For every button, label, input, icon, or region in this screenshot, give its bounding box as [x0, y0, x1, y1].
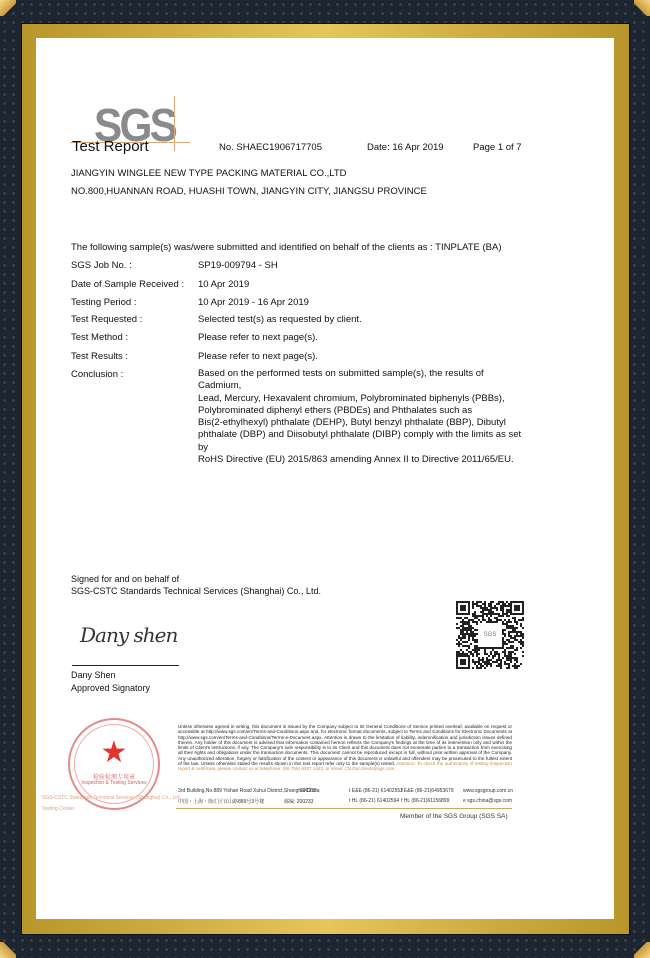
fax-ee: f E&E (86-21)64953679: [401, 788, 454, 794]
signatory-name: Dany Shen: [71, 670, 116, 680]
field-value: SP19-009794 - SH: [198, 260, 278, 271]
email: e sgs.china@sgs.com: [463, 798, 512, 804]
fax-hl: f HL (86-21)61156899: [401, 798, 449, 804]
field-label: Date of Sample Received :: [71, 279, 184, 290]
logo-rule: [174, 96, 175, 151]
field-value: Please refer to next page(s).: [198, 332, 318, 343]
report-title: Test Report: [72, 138, 149, 155]
conclusion-line: Bis(2-ethylhexyl) phthalate (DEHP), Buty…: [198, 417, 528, 429]
address-en: 3rd Building,No.889 Yishan Road Xuhui Di…: [178, 788, 319, 794]
website: www.sgsgroup.com.cn: [463, 788, 513, 794]
stamp-company-text: SGS-CSTC Standards Technical Services (S…: [42, 793, 181, 815]
conclusion-line: Polybrominated diphenyl ethers (PBDEs) a…: [198, 405, 528, 417]
signature: Dany shen: [80, 623, 177, 647]
client-address: NO.800,HUANNAN ROAD, HUASHI TOWN, JIANGY…: [71, 186, 427, 197]
field-label: SGS Job No. :: [71, 260, 132, 271]
qr-center-logo: SGS: [479, 624, 501, 646]
conclusion-line: Lead, Mercury, Hexavalent chromium, Poly…: [198, 393, 528, 405]
sample-intro: The following sample(s) was/were submitt…: [71, 242, 502, 253]
page-indicator: Page 1 of 7: [473, 142, 522, 153]
member-statement: Member of the SGS Group (SGS SA): [400, 813, 508, 820]
field-value: Please refer to next page(s).: [198, 351, 318, 362]
stamp-company-line: Testing Center: [42, 804, 181, 815]
frame-corner-ornament: [0, 942, 16, 958]
field-label: Testing Period :: [71, 297, 136, 308]
qr-code[interactable]: SGS: [456, 601, 524, 669]
stamp-company-line: SGS-CSTC Standards Technical Services (S…: [42, 793, 181, 804]
frame-corner-ornament: [634, 942, 650, 958]
report-date: Date: 16 Apr 2019: [367, 142, 444, 153]
frame-corner-ornament: [634, 0, 650, 16]
frame-corner-ornament: [0, 0, 16, 16]
field-value: 10 Apr 2019: [198, 279, 249, 290]
star-icon: ★: [70, 738, 158, 768]
signatory-role: Approved Signatory: [71, 683, 150, 693]
field-label: Test Results :: [71, 351, 128, 362]
zip-en: 200233: [300, 788, 317, 794]
address-cn: 中国・上海・徐汇区宜山路889号3号楼: [178, 798, 264, 805]
legal-disclaimer: Unless otherwise agreed in writing, this…: [178, 724, 512, 772]
field-value: Selected test(s) as requested by client.: [198, 314, 362, 325]
signed-on-behalf: Signed for and on behalf of: [71, 574, 179, 584]
tel-ee: t E&E (86-21) 61402553: [349, 788, 403, 794]
certificate-page: SGS Test Report No. SHAEC1906717705 Date…: [36, 38, 614, 919]
conclusion-line: Based on the performed tests on submitte…: [198, 368, 528, 393]
zip-cn: 邮编: 200233: [284, 798, 313, 805]
footer-rule: [176, 808, 512, 809]
conclusion-label: Conclusion :: [71, 369, 123, 380]
field-label: Test Requested :: [71, 314, 142, 325]
disclaimer-text: Unless otherwise agreed in writing, this…: [178, 724, 512, 766]
field-label: Test Method :: [71, 332, 128, 343]
tel-hl: t HL (86-21) 61402594: [349, 798, 399, 804]
stamp-en-label: Inspection & Testing Services: [70, 780, 158, 786]
conclusion-line: RoHS Directive (EU) 2015/863 amending An…: [198, 454, 528, 466]
report-number: No. SHAEC1906717705: [219, 142, 322, 153]
conclusion-line: phthalate (DBP) and Diisobutyl phthalate…: [198, 429, 528, 454]
field-value: 10 Apr 2019 - 16 Apr 2019: [198, 297, 309, 308]
signing-company: SGS-CSTC Standards Technical Services (S…: [71, 586, 321, 596]
client-name: JIANGYIN WINGLEE NEW TYPE PACKING MATERI…: [71, 168, 347, 179]
signature-line: [72, 665, 179, 666]
conclusion-text: Based on the performed tests on submitte…: [198, 368, 528, 466]
